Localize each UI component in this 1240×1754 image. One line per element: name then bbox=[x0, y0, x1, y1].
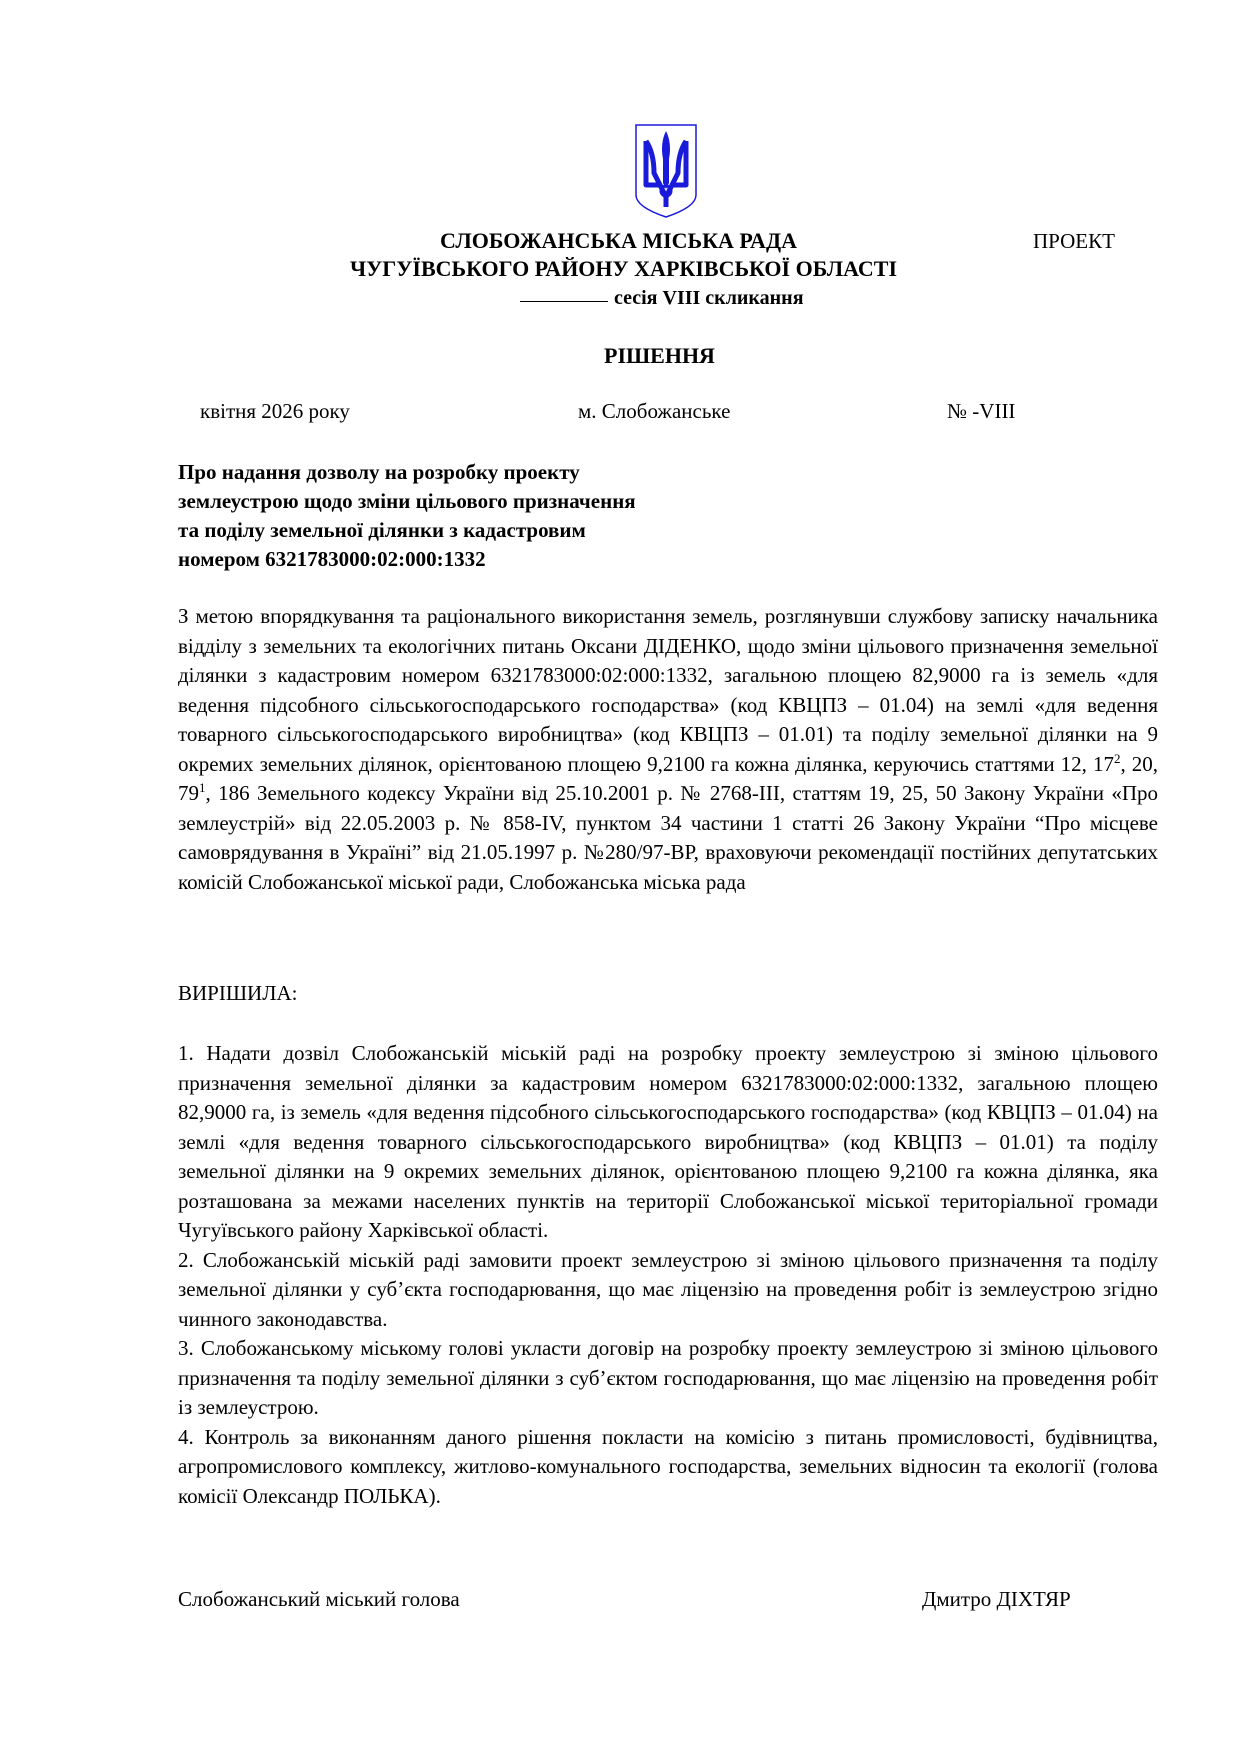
decision-place: м. Слобожанське bbox=[578, 399, 730, 424]
resolution-item: 1. Надати дозвіл Слобожанській міській р… bbox=[178, 1039, 1158, 1246]
subject-line: землеустрою щодо зміни цільового признач… bbox=[178, 487, 636, 516]
decision-number: № -VIII bbox=[947, 399, 1015, 424]
resolution-item: 2. Слобожанській міській раді замовити п… bbox=[178, 1246, 1158, 1335]
decision-subject: Про надання дозволу на розробку проекту … bbox=[178, 458, 636, 574]
session-label: сесія VIII скликання bbox=[614, 287, 804, 309]
subject-line: та поділу земельної ділянки з кадастрови… bbox=[178, 516, 636, 545]
subject-line: Про надання дозволу на розробку проекту bbox=[178, 458, 636, 487]
coat-of-arms-icon bbox=[634, 123, 698, 219]
preamble-text: З метою впорядкування та раціонального в… bbox=[178, 604, 1158, 776]
council-name: СЛОБОЖАНСЬКА МІСЬКА РАДА bbox=[440, 228, 797, 254]
resolved-label: ВИРІШИЛА: bbox=[178, 981, 297, 1006]
signature-name: Дмитро ДІХТЯР bbox=[922, 1587, 1071, 1612]
preamble-text: , 186 Земельного кодексу України від 25.… bbox=[178, 781, 1158, 894]
decision-date: квітня 2026 року bbox=[200, 399, 350, 424]
subject-line: номером 6321783000:02:000:1332 bbox=[178, 545, 636, 574]
council-region: ЧУГУЇВСЬКОГО РАЙОНУ ХАРКІВСЬКОЇ ОБЛАСТІ bbox=[350, 256, 897, 282]
preamble: З метою впорядкування та раціонального в… bbox=[178, 602, 1158, 897]
resolution-item: 4. Контроль за виконанням даного рішення… bbox=[178, 1423, 1158, 1512]
draft-mark: ПРОЕКТ bbox=[1033, 229, 1115, 254]
doc-type-title: РІШЕННЯ bbox=[604, 343, 715, 369]
resolution-items: 1. Надати дозвіл Слобожанській міській р… bbox=[178, 1039, 1158, 1511]
resolution-item: 3. Слобожанському міському голові укласт… bbox=[178, 1334, 1158, 1423]
session-line: сесія VIII скликання bbox=[520, 287, 804, 310]
session-number-blank bbox=[520, 301, 608, 302]
signature-position: Слобожанський міський голова bbox=[178, 1587, 460, 1612]
